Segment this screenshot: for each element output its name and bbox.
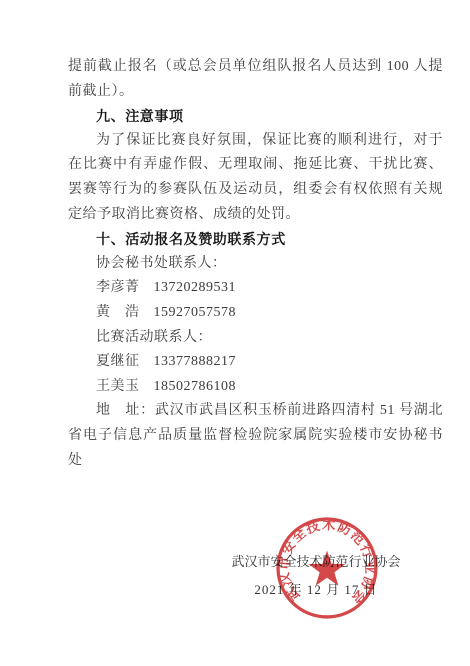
section-nine-heading: 九、注意事项 [68,104,443,129]
section-nine-body: 为了保证比赛良好氛围，保证比赛的顺利进行，对于在比赛中有弄虚作假、无理取闹、拖延… [68,129,443,227]
contact-row: 夏继征 13377888217 [68,350,443,375]
contact-name: 夏继征 [96,354,140,369]
contact-name: 黄 浩 [96,305,140,320]
contact-name: 李彦菁 [96,280,140,295]
address-paragraph: 地 址：武汉市武昌区积玉桥前进路四清村 51 号湖北省电子信息产品质量监督检验院… [68,399,443,473]
activity-contacts-label: 比赛活动联系人： [68,326,443,351]
section-ten-heading: 十、活动报名及赞助联系方式 [68,227,443,252]
contact-phone: 15927057578 [154,305,237,320]
contact-phone: 18502786108 [154,379,237,394]
contact-phone: 13720289531 [154,280,237,295]
continuation-paragraph: 提前截止报名（或总会员单位组队报名人员达到 100 人提前截止）。 [68,55,443,104]
contact-row: 王美玉 18502786108 [68,375,443,400]
contact-name: 王美玉 [96,379,140,394]
official-seal: 武汉市安全技术防范行业协会 [275,516,379,620]
document-body: 提前截止报名（或总会员单位组队报名人员达到 100 人提前截止）。 九、注意事项… [68,55,443,473]
secretariat-contacts-label: 协会秘书处联系人： [68,252,443,277]
contact-phone: 13377888217 [154,354,237,369]
contact-row: 黄 浩 15927057578 [68,301,443,326]
contact-row: 李彦菁 13720289531 [68,276,443,301]
star-icon [309,551,346,586]
document-page: 提前截止报名（或总会员单位组队报名人员达到 100 人提前截止）。 九、注意事项… [0,0,470,666]
